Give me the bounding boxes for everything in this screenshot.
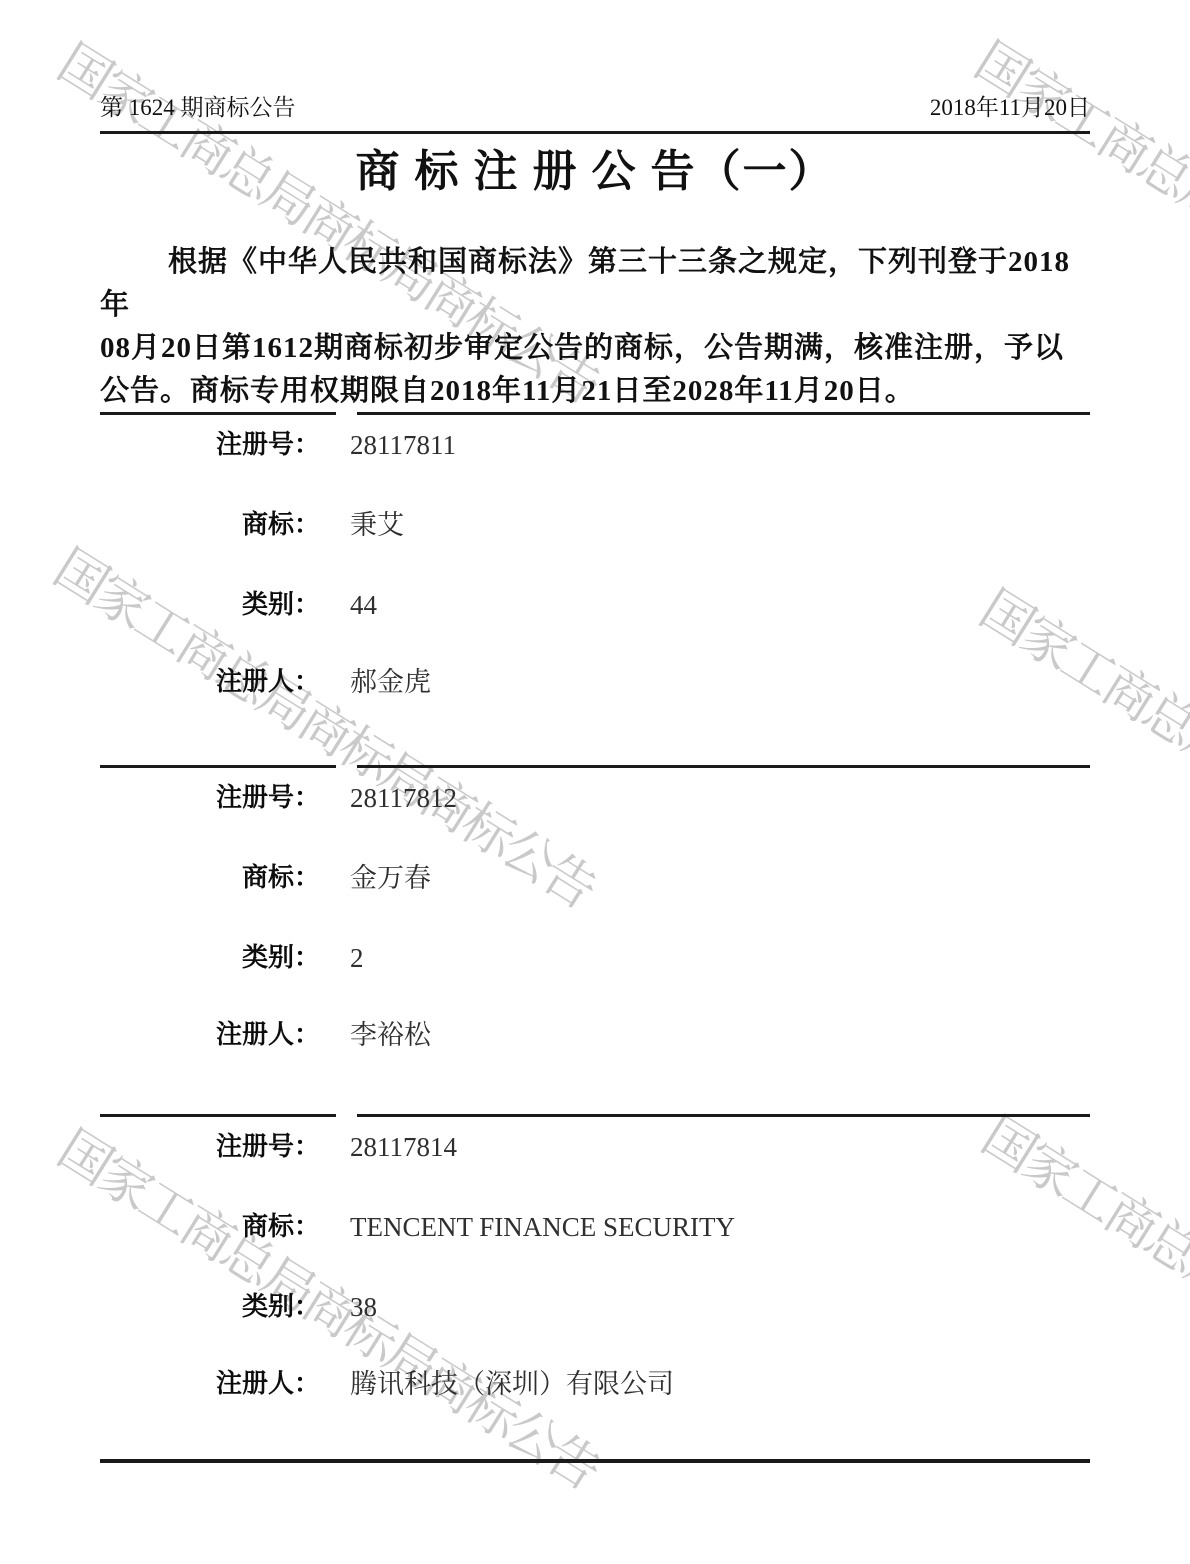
header-issue-number: 第 1624 期商标公告 <box>100 94 296 122</box>
field-value-mark: 金万春 <box>350 860 431 896</box>
field-label-category: 类别： <box>100 940 320 976</box>
header-date: 2018年11月20日 <box>930 94 1090 122</box>
record-row-mark: 商标： TENCENT FINANCE SECURITY <box>100 1209 1090 1245</box>
field-label-mark: 商标： <box>100 860 320 896</box>
field-value-regno: 28117811 <box>350 427 456 463</box>
document-page: 国家工商总局商标局商标公告 国家工商总局商标局商标公告 国家工商总局商标局商标公… <box>0 0 1190 1564</box>
record-row-registrant: 注册人： 李裕松 <box>100 1017 1090 1053</box>
record-row-regno: 注册号： 28117814 <box>100 1129 1090 1165</box>
field-value-mark: 秉艾 <box>350 507 404 543</box>
field-label-registrant: 注册人： <box>100 664 320 700</box>
field-value-registrant: 李裕松 <box>350 1017 431 1053</box>
field-label-registrant: 注册人： <box>100 1366 320 1402</box>
field-label-category: 类别： <box>100 587 320 623</box>
record-row-category: 类别： 2 <box>100 940 1090 976</box>
field-value-regno: 28117814 <box>350 1129 457 1165</box>
record-row-regno: 注册号： 28117812 <box>100 780 1090 816</box>
record-row-registrant: 注册人： 腾讯科技（深圳）有限公司 <box>100 1366 1090 1402</box>
record-row-mark: 商标： 秉艾 <box>100 507 1090 543</box>
trademark-record: 注册号： 28117811 商标： 秉艾 类别： 44 注册人： 郝金虎 <box>100 413 1090 763</box>
intro-line: 根据《中华人民共和国商标法》第三十三条之规定，下列刊登于2018年 <box>100 241 1090 327</box>
intro-line: 公告。商标专用权期限自2018年11月21日至2028年11月20日。 <box>100 370 1090 413</box>
intro-paragraph: 根据《中华人民共和国商标法》第三十三条之规定，下列刊登于2018年 08月20日… <box>100 241 1090 413</box>
field-label-registrant: 注册人： <box>100 1017 320 1053</box>
field-label-regno: 注册号： <box>100 780 320 816</box>
header-rule <box>100 131 1090 134</box>
record-row-regno: 注册号： 28117811 <box>100 427 1090 463</box>
field-label-mark: 商标： <box>100 507 320 543</box>
record-row-category: 类别： 38 <box>100 1289 1090 1325</box>
intro-line: 08月20日第1612期商标初步审定公告的商标，公告期满，核准注册，予以 <box>100 327 1090 370</box>
field-label-regno: 注册号： <box>100 427 320 463</box>
record-row-registrant: 注册人： 郝金虎 <box>100 664 1090 700</box>
record-row-mark: 商标： 金万春 <box>100 860 1090 896</box>
field-value-registrant: 腾讯科技（深圳）有限公司 <box>350 1366 674 1402</box>
field-label-mark: 商标： <box>100 1209 320 1245</box>
field-value-registrant: 郝金虎 <box>350 664 431 700</box>
field-value-category: 44 <box>350 587 377 623</box>
trademark-record: 注册号： 28117814 商标： TENCENT FINANCE SECURI… <box>100 1115 1090 1465</box>
field-value-mark: TENCENT FINANCE SECURITY <box>350 1209 735 1245</box>
trademark-record: 注册号： 28117812 商标： 金万春 类别： 2 注册人： 李裕松 <box>100 766 1090 1116</box>
field-label-category: 类别： <box>100 1289 320 1325</box>
field-value-regno: 28117812 <box>350 780 457 816</box>
field-label-regno: 注册号： <box>100 1129 320 1165</box>
field-value-category: 2 <box>350 940 364 976</box>
field-value-category: 38 <box>350 1289 377 1325</box>
page-title: 商 标 注 册 公 告（一） <box>0 146 1190 198</box>
record-row-category: 类别： 44 <box>100 587 1090 623</box>
